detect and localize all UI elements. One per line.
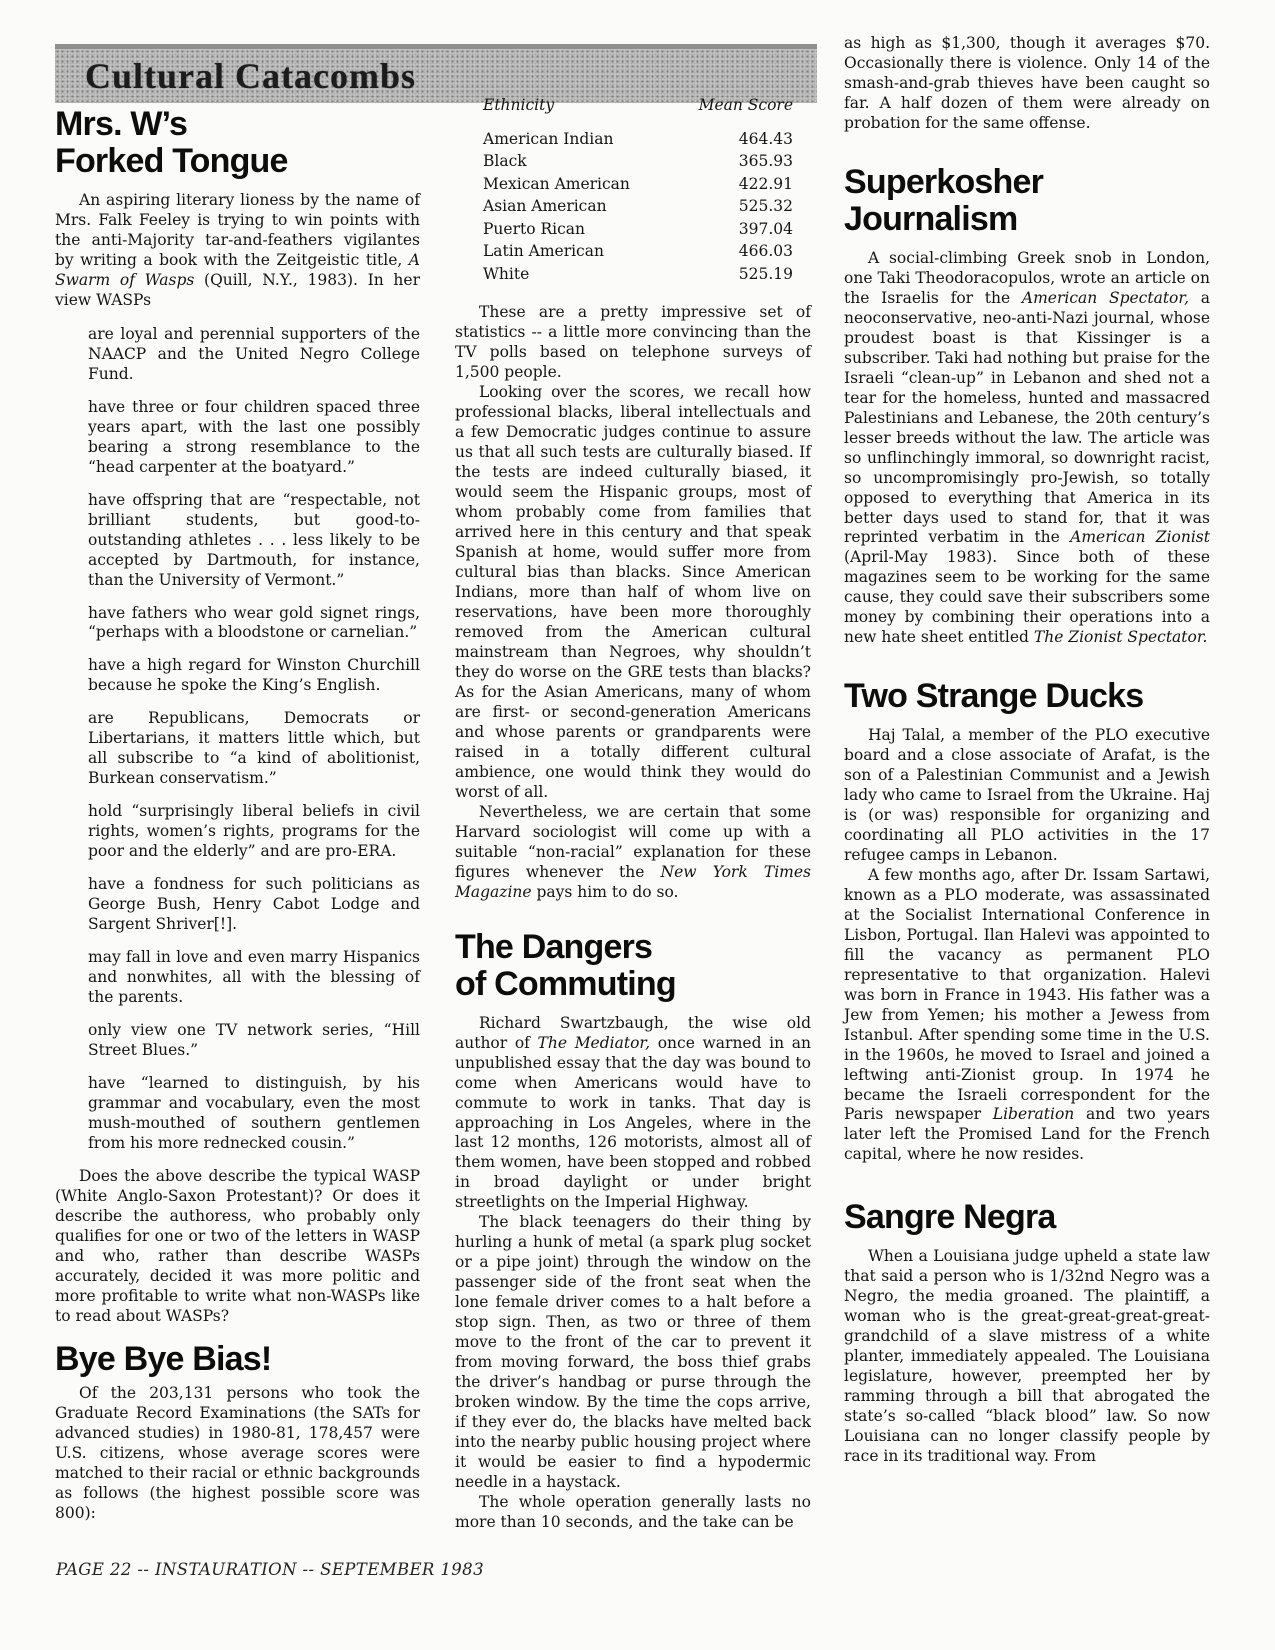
ethnicity-cell: Puerto Rican [455,218,672,240]
table-row: Latin American466.03 [455,240,811,262]
gre-scores-table: Ethnicity Mean Score American Indian464.… [455,96,811,285]
sangre-paragraph: When a Louisiana judge upheld a state la… [844,1247,1210,1467]
dangers-paragraph-2: The black teenagers do their thing by hu… [455,1213,811,1493]
wasp-quote-item: have “learned to distinguish, by his gra… [88,1074,420,1154]
title-line-2: Journalism [844,200,1017,238]
article-title-mrs-ws-forked-tongue: Mrs. W’sForked Tongue [55,106,420,181]
dangers-paragraph-3: The whole operation generally lasts no m… [455,1493,811,1533]
title-line-1: Superkosher [844,163,1043,201]
ethnicity-cell: Latin American [455,240,672,262]
wasp-quote-item: are loyal and perennial supporters of th… [88,325,420,385]
stats-paragraph-2: Looking over the scores, we recall how p… [455,383,811,803]
title-line-2: of Commuting [455,965,676,1003]
wasp-quote-item: may fall in love and even marry Hispanic… [88,948,420,1008]
article-title-dangers-of-commuting: The Dangersof Commuting [455,929,811,1004]
table-row: White525.19 [455,263,811,285]
page-footer: PAGE 22 -- INSTAURATION -- SEPTEMBER 198… [56,1560,484,1579]
wasp-quote-item: have three or four children spaced three… [88,398,420,478]
stats-paragraph-1: These are a pretty impressive set of sta… [455,303,811,383]
left-column: Mrs. W’sForked Tongue An aspiring litera… [55,106,420,1524]
table-row: Mexican American422.91 [455,173,811,195]
score-cell: 466.03 [672,240,811,262]
ducks-paragraph-1: Haj Talal, a member of the PLO executive… [844,726,1210,866]
table-row: Asian American525.32 [455,195,811,217]
wasp-quote-item: have offspring that are “respectable, no… [88,491,420,591]
column-header-mean-score: Mean Score [672,96,811,128]
ethnicity-cell: American Indian [455,128,672,150]
dangers-paragraph-1: Richard Swartzbaugh, the wise old author… [455,1014,811,1214]
section-banner-title: Cultural Catacombs [85,55,416,97]
title-line-2: Forked Tongue [55,142,288,180]
ethnicity-cell: Black [455,150,672,172]
article-title-bye-bye-bias: Bye Bye Bias! [55,1341,420,1378]
ducks-paragraph-2: A few months ago, after Dr. Issam Sartaw… [844,866,1210,1166]
superkosher-paragraph: A social-climbing Greek snob in London, … [844,249,1210,649]
score-cell: 422.91 [672,173,811,195]
table-row: Black365.93 [455,150,811,172]
table-row: Puerto Rican397.04 [455,218,811,240]
table-row: American Indian464.43 [455,128,811,150]
article-title-two-strange-ducks: Two Strange Ducks [844,678,1210,715]
stats-paragraph-3: Nevertheless, we are certain that some H… [455,803,811,903]
ethnicity-cell: Asian American [455,195,672,217]
wasp-quote-item: have fathers who wear gold signet rings,… [88,604,420,644]
ethnicity-cell: Mexican American [455,173,672,195]
column-header-ethnicity: Ethnicity [455,96,672,128]
mrs-w-intro-paragraph: An aspiring literary lioness by the name… [55,191,420,311]
bye-bye-bias-paragraph: Of the 203,131 persons who took the Grad… [55,1384,420,1524]
score-cell: 525.32 [672,195,811,217]
table-header-row: Ethnicity Mean Score [455,96,811,128]
wasp-quote-item: have a high regard for Winston Churchill… [88,656,420,696]
commuting-continuation-paragraph: as high as $1,300, though it averages $7… [844,34,1210,134]
article-title-sangre-negra: Sangre Negra [844,1199,1210,1236]
right-column: as high as $1,300, though it averages $7… [844,34,1210,1467]
score-cell: 464.43 [672,128,811,150]
wasp-quote-item: hold “surprisingly liberal beliefs in ci… [88,802,420,862]
score-cell: 525.19 [672,263,811,285]
score-cell: 397.04 [672,218,811,240]
middle-column: Ethnicity Mean Score American Indian464.… [455,92,811,1533]
article-title-superkosher-journalism: SuperkosherJournalism [844,164,1210,239]
score-cell: 365.93 [672,150,811,172]
title-line-1: The Dangers [455,928,652,966]
ethnicity-cell: White [455,263,672,285]
mrs-w-closing-paragraph: Does the above describe the typical WASP… [55,1167,420,1327]
wasp-quote-item: have a fondness for such politicians as … [88,875,420,935]
magazine-page: Cultural Catacombs Mrs. W’sForked Tongue… [0,0,1275,1650]
wasp-quote-item: only view one TV network series, “Hill S… [88,1021,420,1061]
title-line-1: Mrs. W’s [55,105,187,143]
wasp-quote-item: are Republicans, Democrats or Libertaria… [88,709,420,789]
